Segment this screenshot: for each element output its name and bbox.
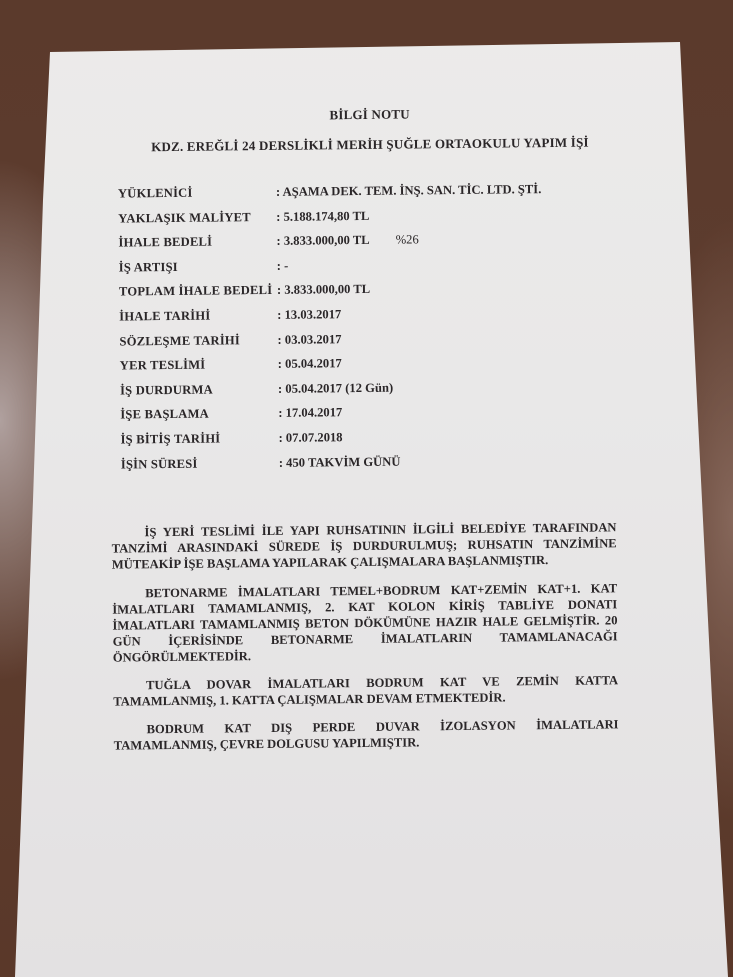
field-value: : 13.03.2017 <box>277 307 367 323</box>
field-label: YÜKLENİCİ <box>118 186 193 202</box>
field-value: : - <box>277 258 315 273</box>
field-value: : 07.07.2018 <box>278 430 368 446</box>
field-label: İŞ BİTİŞ TARİHİ <box>120 431 220 447</box>
document-heading: BİLGİ NOTU <box>3 103 733 127</box>
project-title: KDZ. EREĞLİ 24 DERSLİKLİ MERİH ŞUĞLE ORT… <box>3 133 733 157</box>
field-label: YAKLAŞIK MALİYET <box>118 210 251 226</box>
info-table: YÜKLENİCİ : AŞAMA DEK. TEM. İNŞ. SAN. Tİ… <box>118 187 121 482</box>
field-label: SÖZLEŞME TARİHİ <box>119 333 240 349</box>
field-value: : 03.03.2017 <box>277 331 367 347</box>
field-value: : 5.188.174,80 TL <box>276 208 395 224</box>
paragraph-work-stoppage: İŞ YERİ TESLİMİ İLE YAPI RUHSATININ İLGİ… <box>111 519 616 573</box>
field-value: : 3.833.000,00 TL%26 <box>276 233 418 249</box>
field-value: : 3.833.000,00 TL <box>277 282 396 298</box>
field-label: YER TESLİMİ <box>120 358 206 374</box>
field-label: İHALE BEDELİ <box>118 235 212 251</box>
status-paragraphs: İŞ YERİ TESLİMİ İLE YAPI RUHSATININ İLGİ… <box>111 519 619 766</box>
document-page: BİLGİ NOTU KDZ. EREĞLİ 24 DERSLİKLİ MERİ… <box>0 0 733 977</box>
discount-percent: %26 <box>396 233 419 247</box>
paragraph-reinforced-concrete: BETONARME İMALATLARI TEMEL+BODRUM KAT+ZE… <box>112 580 618 666</box>
field-label: İHALE TARİHİ <box>119 309 210 325</box>
field-value: : 450 TAKVİM GÜNÜ <box>279 454 427 471</box>
field-label: İŞE BAŞLAMA <box>120 407 209 423</box>
field-value: : 17.04.2017 <box>278 405 368 421</box>
field-value: : 05.04.2017 (12 Gün) <box>278 380 419 396</box>
field-value: : AŞAMA DEK. TEM. İNŞ. SAN. TİC. LTD. ŞT… <box>276 182 568 200</box>
paragraph-insulation: BODRUM KAT DIŞ PERDE DUVAR İZOLASYON İMA… <box>113 716 618 754</box>
field-label: İŞ ARTIŞI <box>119 260 178 276</box>
field-label: İŞİN SÜRESİ <box>121 456 198 472</box>
field-label: TOPLAM İHALE BEDELİ <box>119 283 272 300</box>
field-value: : 05.04.2017 <box>278 356 368 372</box>
paragraph-brick-walls: TUĞLA DOVAR İMALATLARI BODRUM KAT VE ZEM… <box>113 672 618 710</box>
field-label: İŞ DURDURMA <box>120 382 213 398</box>
